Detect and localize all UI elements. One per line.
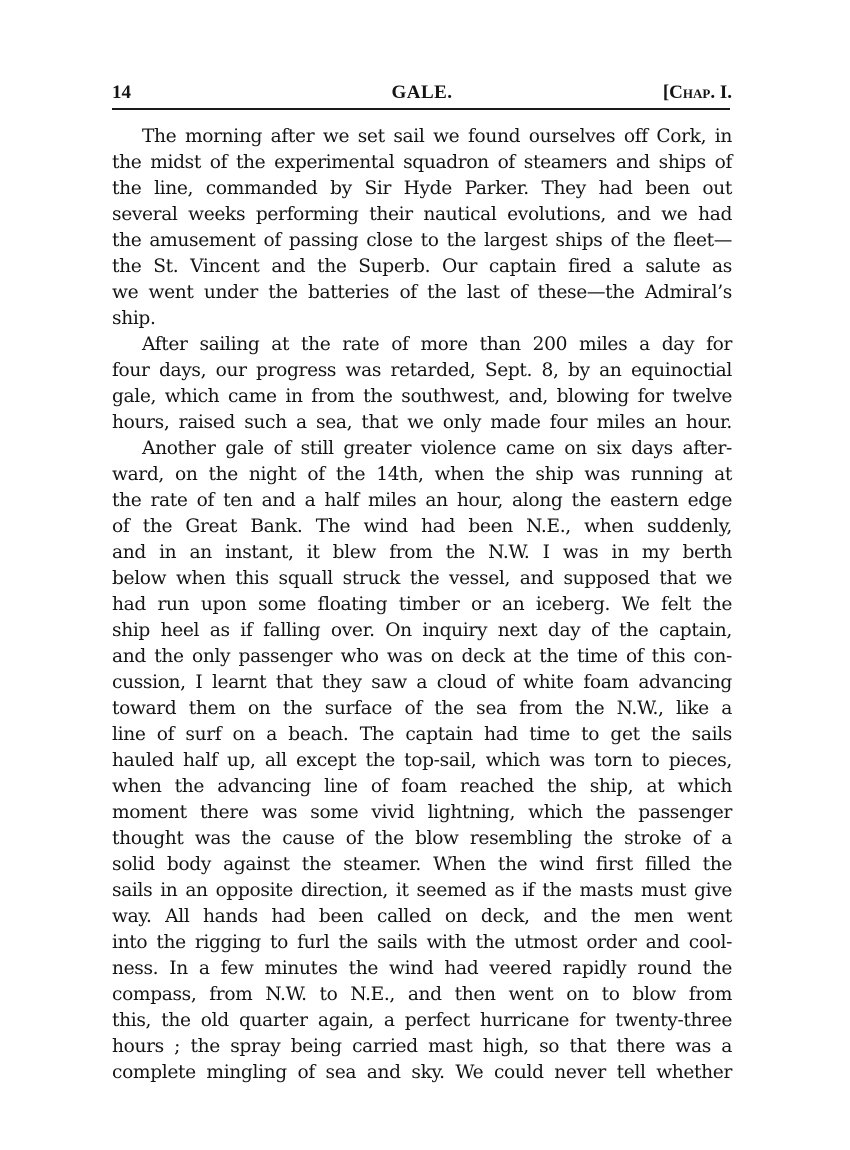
paragraph: After sailing at the rate of more than 2… — [112, 332, 732, 436]
text-line: solid body against the steamer. When the… — [112, 852, 732, 878]
text-line: line of surf on a beach. The captain had… — [112, 722, 732, 748]
text-line: had run upon some floating timber or an … — [112, 592, 732, 618]
text-line: ward, on the night of the 14th, when the… — [112, 462, 732, 488]
paragraph: The morning after we set sail we found o… — [112, 124, 732, 332]
chapter-reference: [Chap. I. — [663, 80, 732, 106]
text-line: Another gale of still greater violence c… — [112, 436, 732, 462]
text-line: gale, which came in from the southwest, … — [112, 384, 732, 410]
text-line: thought was the cause of the blow resemb… — [112, 826, 732, 852]
header-rule — [112, 108, 730, 110]
text-line: into the rigging to furl the sails with … — [112, 930, 732, 956]
text-line: toward them on the surface of the sea fr… — [112, 696, 732, 722]
chapter-label: Chap. — [669, 82, 715, 103]
text-line: The morning after we set sail we found o… — [112, 124, 732, 150]
text-line: ness. In a few minutes the wind had veer… — [112, 956, 732, 982]
text-line: way. All hands had been called on deck, … — [112, 904, 732, 930]
text-line: the line, commanded by Sir Hyde Parker. … — [112, 176, 732, 202]
running-title: GALE. — [112, 80, 732, 106]
text-line: hauled half up, all except the top-sail,… — [112, 748, 732, 774]
text-line: and in an instant, it blew from the N.W.… — [112, 540, 732, 566]
text-line: the St. Vincent and the Superb. Our capt… — [112, 254, 732, 280]
text-line: when the advancing line of foam reached … — [112, 774, 732, 800]
text-line: of the Great Bank. The wind had been N.E… — [112, 514, 732, 540]
text-line: moment there was some vivid lightning, w… — [112, 800, 732, 826]
body-text: The morning after we set sail we found o… — [112, 124, 732, 1086]
text-line: the amusement of passing close to the la… — [112, 228, 732, 254]
paragraph: Another gale of still greater violence c… — [112, 436, 732, 1086]
text-line: cussion, I learnt that they saw a cloud … — [112, 670, 732, 696]
text-line: and the only passenger who was on deck a… — [112, 644, 732, 670]
text-line: After sailing at the rate of more than 2… — [112, 332, 732, 358]
text-line: the midst of the experimental squadron o… — [112, 150, 732, 176]
chapter-number: I. — [720, 82, 732, 103]
text-line: ship. — [112, 306, 732, 332]
text-line: hours, raised such a sea, that we only m… — [112, 410, 732, 436]
text-line: compass, from N.W. to N.E., and then wen… — [112, 982, 732, 1008]
text-line: this, the old quarter again, a perfect h… — [112, 1008, 732, 1034]
text-line: we went under the batteries of the last … — [112, 280, 732, 306]
text-line: four days, our progress was retarded, Se… — [112, 358, 732, 384]
text-line: sails in an opposite direction, it seeme… — [112, 878, 732, 904]
text-line: hours ; the spray being carried mast hig… — [112, 1034, 732, 1060]
text-line: the rate of ten and a half miles an hour… — [112, 488, 732, 514]
book-page: 14 GALE. [Chap. I. The morning after we … — [112, 80, 732, 106]
text-line: below when this squall struck the vessel… — [112, 566, 732, 592]
text-line: several weeks performing their nautical … — [112, 202, 732, 228]
text-line: ship heel as if falling over. On inquiry… — [112, 618, 732, 644]
text-line: complete mingling of sea and sky. We cou… — [112, 1060, 732, 1086]
running-head: 14 GALE. [Chap. I. — [112, 80, 732, 106]
